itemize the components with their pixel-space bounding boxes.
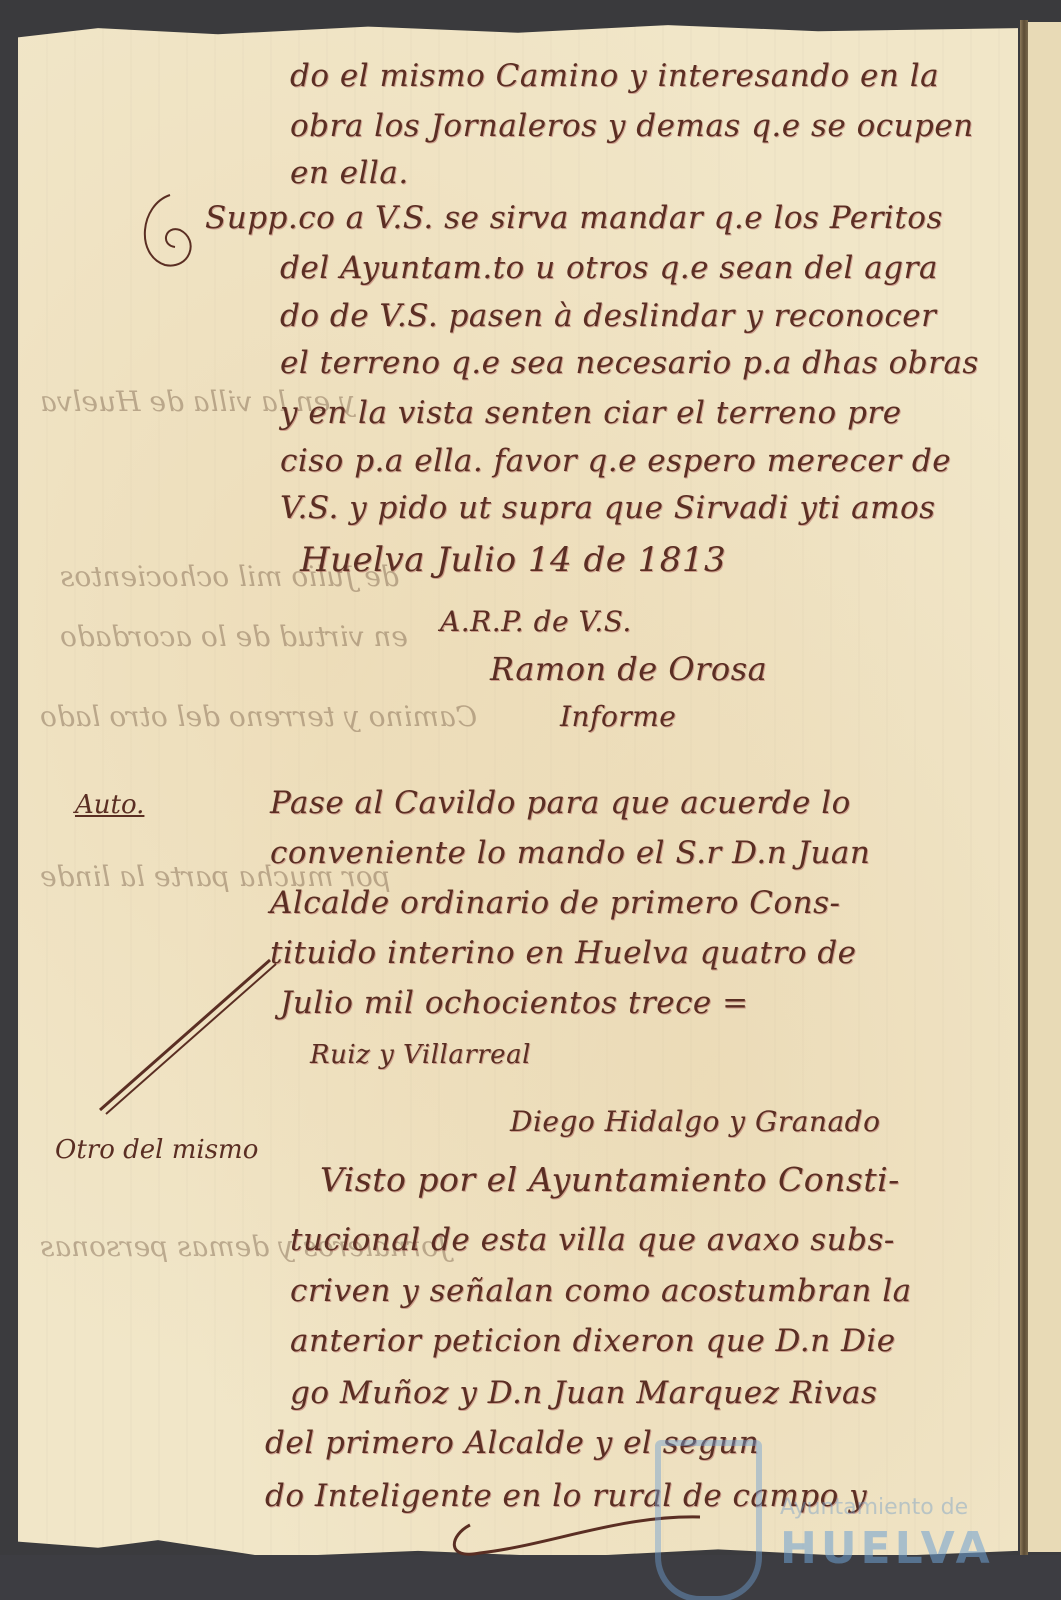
bleed-through-line: en virtud de lo acordado: [60, 620, 408, 653]
decree-line: tituido interino en Huelva quatro de: [270, 935, 857, 971]
text-line: obra los Jornaleros y demas q.e se ocupe…: [290, 108, 974, 144]
decree-line: Alcalde ordinario de primero Cons-: [270, 885, 840, 921]
date-line: Huelva Julio 14 de 1813: [300, 540, 726, 580]
margin-note-auto: Auto.: [75, 790, 144, 820]
paragraph-flourish-icon: [130, 185, 210, 275]
text-line: en ella.: [290, 155, 409, 191]
text-line: V.S. y pido ut supra que Sirvadi yti amo…: [280, 490, 936, 526]
auto-line: Visto por el Ayuntamiento Consti-: [320, 1160, 900, 1199]
scan-background-top: [0, 0, 1061, 30]
auto-line: go Muñoz y D.n Juan Marquez Rivas: [290, 1375, 877, 1411]
text-line: do de V.S. pasen à deslindar y reconocer: [280, 298, 936, 334]
text-line: el terreno q.e sea necesario p.a dhas ob…: [280, 345, 979, 381]
pen-stroke-decoration-icon: [90, 950, 290, 1120]
decree-line: Pase al Cavildo para que acuerde lo: [270, 785, 851, 821]
courtesy-formula: A.R.P. de V.S.: [440, 605, 632, 638]
text-line: do el mismo Camino y interesando en la: [290, 58, 939, 94]
page-fold-shadow: [1020, 20, 1028, 1560]
watermark-line2: HUELVA: [780, 1523, 994, 1574]
text-line: Supp.co a V.S. se sirva mandar q.e los P…: [205, 200, 943, 236]
watermark-line1: Ayuntamiento de: [780, 1495, 968, 1520]
petitioner-signature: Ramon de Orosa: [490, 650, 767, 688]
decree-line: conveniente lo mando el S.r D.n Juan: [270, 835, 870, 871]
bleed-through-line: Camino y terreno del otro lado: [40, 700, 477, 733]
text-line: ciso p.a ella. favor q.e espero merecer …: [280, 443, 951, 479]
margin-note-otro: Otro del mismo: [55, 1135, 258, 1165]
second-signature: Diego Hidalgo y Granado: [510, 1105, 880, 1138]
auto-line: tucional de esta villa que avaxo subs-: [290, 1222, 895, 1258]
auto-line: anterior peticion dixeron que D.n Die: [290, 1323, 896, 1359]
text-line: y en la vista senten ciar el terreno pre: [280, 395, 902, 431]
adjacent-page-edge: [1028, 22, 1061, 1552]
huelva-coat-of-arms-watermark-icon: [655, 1440, 762, 1600]
text-line: del Ayuntam.to u otros q.e sean del agra: [280, 250, 938, 286]
decree-signature: Ruiz y Villarreal: [310, 1040, 531, 1070]
decree-line: Julio mil ochocientos trece =: [280, 985, 749, 1021]
rubric: Informe: [560, 700, 676, 733]
auto-line: criven y señalan como acostumbran la: [290, 1273, 912, 1309]
